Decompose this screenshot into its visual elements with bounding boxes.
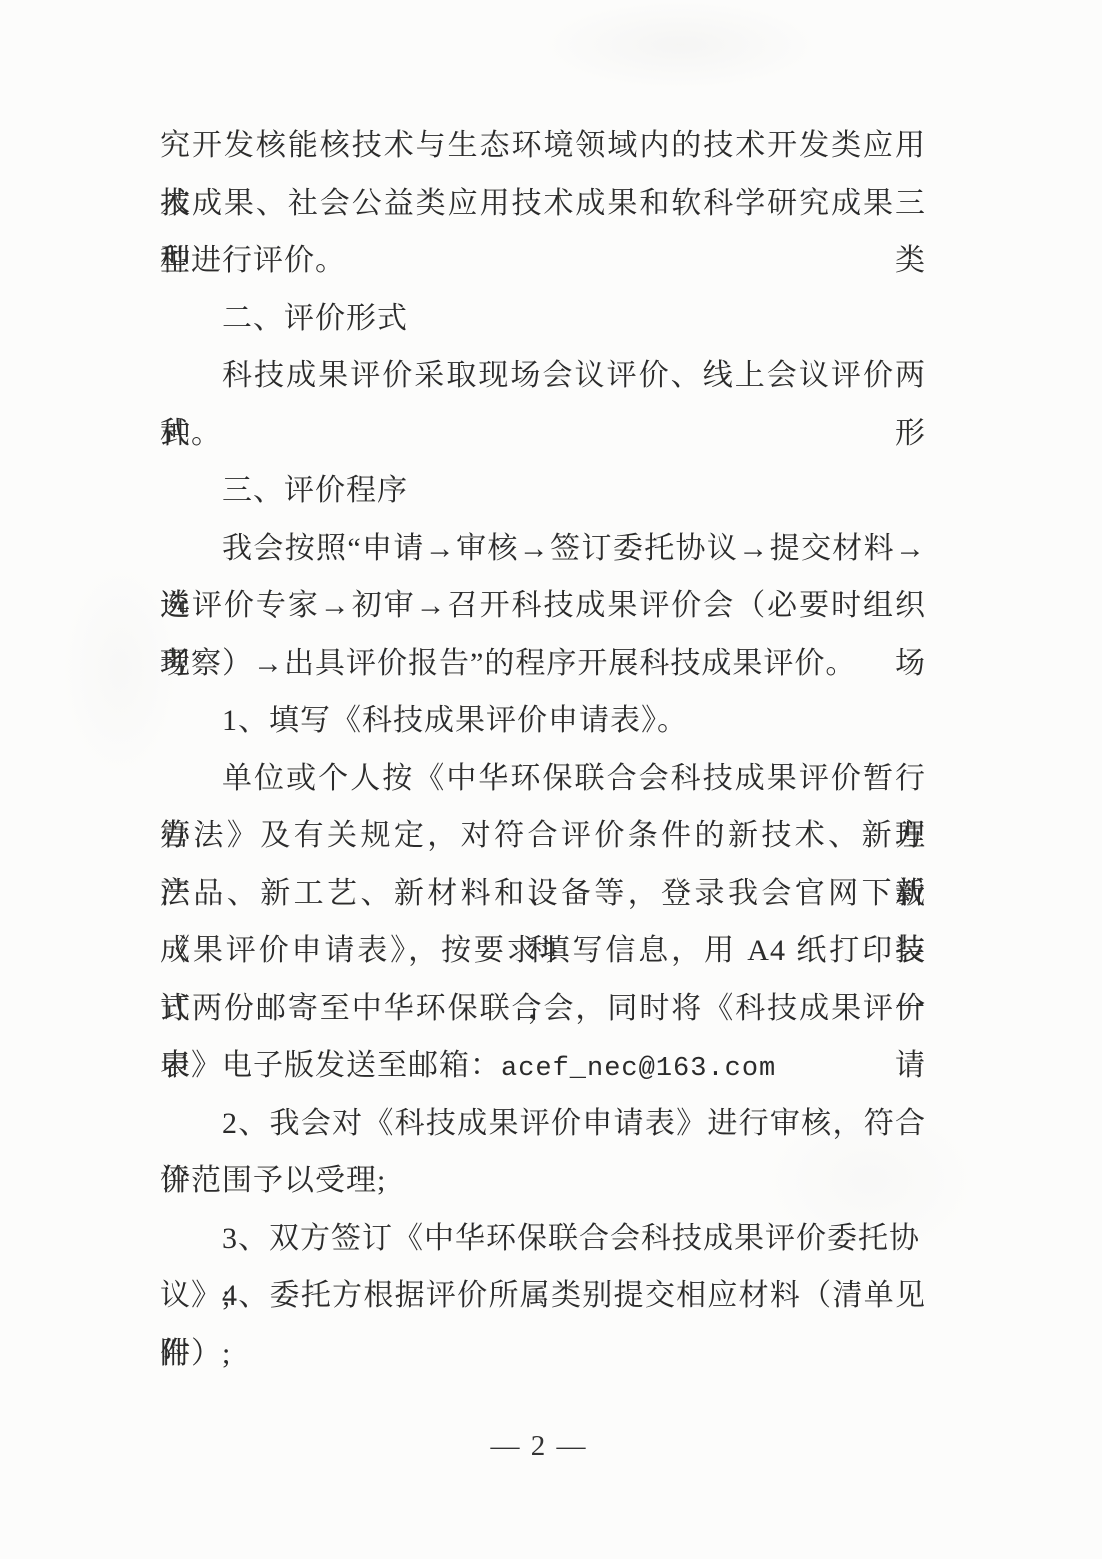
text-line: 二、评价形式 [160, 290, 926, 348]
text-line: 件）; [160, 1325, 926, 1383]
text-line-content: 式。 [160, 417, 222, 450]
scan-smudge [540, 0, 820, 90]
text-line: 1、填写《科技成果评价申请表》。 [160, 692, 926, 750]
text-line: 科技成果评价采取现场会议评价、线上会议评价两种形 [160, 347, 926, 405]
text-line: 4、委托方根据评价所属类别提交相应材料（清单见附 [160, 1267, 926, 1325]
text-line: 我会按照“申请→审核→签订委托协议→提交材料→遴 [160, 520, 926, 578]
document-body-text: 究开发核能核技术与生态环境领域内的技术开发类应用技术成果、社会公益类应用技术成果… [160, 117, 926, 1382]
text-line-content: 三、评价程序 [222, 474, 408, 507]
text-line-content: 二、评价形式 [222, 302, 408, 335]
text-line: 三、评价程序 [160, 462, 926, 520]
text-line-content: 件）; [160, 1337, 231, 1370]
text-line: 3、双方签订《中华环保联合会科技成果评价委托协议》; [160, 1210, 926, 1268]
text-line: 考察）→出具评价报告”的程序开展科技成果评价。 [160, 635, 926, 693]
text-line: 成果评价申请表》，按要求填写信息，用 A4 纸打印装订，一 [160, 922, 926, 980]
text-line: 术成果、社会公益类应用技术成果和软科学研究成果三种类 [160, 175, 926, 233]
text-line: 选评价专家→初审→召开科技成果评价会（必要时组织现场 [160, 577, 926, 635]
text-line-content: 1、填写《科技成果评价申请表》。 [222, 704, 688, 737]
page-number: — 2 — [0, 1430, 1078, 1463]
text-line: 产品、新工艺、新材料和设备等，登录我会官网下载《科技 [160, 865, 926, 923]
text-line: 办法》及有关规定，对符合评价条件的新技术、新方法、新 [160, 807, 926, 865]
text-line-content: 表》电子版发送至邮箱： [160, 1049, 501, 1082]
scanned-document-page: 究开发核能核技术与生态环境领域内的技术开发类应用技术成果、社会公益类应用技术成果… [0, 0, 1102, 1559]
text-line-content: 价范围予以受理; [160, 1164, 386, 1197]
email-address: acef_nec@163.com [501, 1054, 776, 1084]
text-line-content: 型进行评价。 [160, 244, 346, 277]
text-line: 价范围予以受理; [160, 1152, 926, 1210]
text-line-content: 考察）→出具评价报告”的程序开展科技成果评价。 [160, 647, 856, 680]
text-line: 2、我会对《科技成果评价申请表》进行审核，符合评 [160, 1095, 926, 1153]
text-line-content: 科技成果评价采取现场会议评价、线上会议评价两种形 [160, 359, 926, 450]
text-line: 式两份邮寄至中华环保联合会，同时将《科技成果评价申请 [160, 980, 926, 1038]
text-line: 究开发核能核技术与生态环境领域内的技术开发类应用技 [160, 117, 926, 175]
text-line: 单位或个人按《中华环保联合会科技成果评价暂行管理 [160, 750, 926, 808]
